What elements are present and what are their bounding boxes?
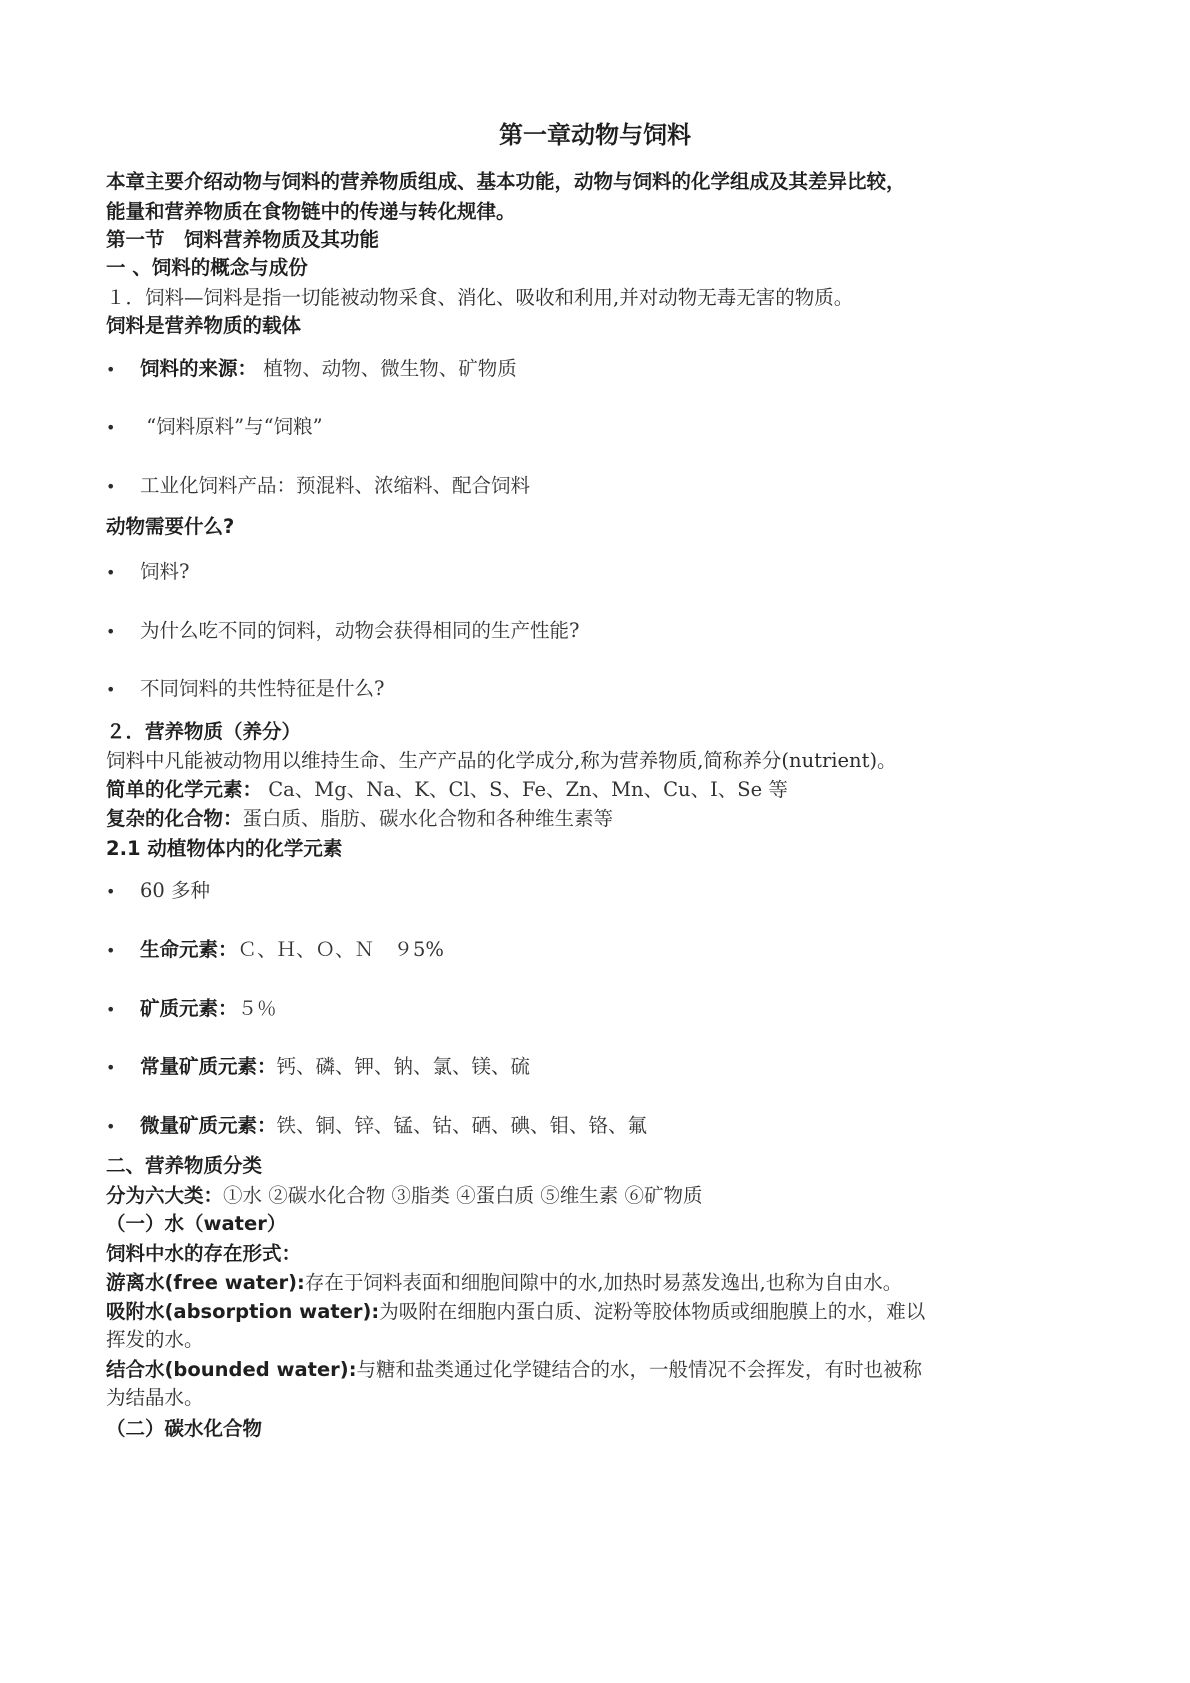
bullet-icon: • [106, 1115, 140, 1139]
bullet-text: “饲料原料”与“饲粮” [140, 415, 323, 438]
bullet-text: 铁、铜、锌、锰、钴、硒、碘、钼、铬、氟 [277, 1114, 648, 1137]
nutrients-heading: ２．营养物质（养分） [106, 720, 301, 744]
list-item: •微量矿质元素：铁、铜、锌、锰、钴、硒、碘、钼、铬、氟 [106, 1114, 647, 1139]
bullet-icon: • [106, 416, 140, 440]
six-categories-text: ①水 ②碳水化合物 ③脂类 ④蛋白质 ⑤维生素 ⑥矿物质 [223, 1184, 703, 1207]
bullet-icon: • [106, 880, 140, 904]
bullet-label: 微量矿质元素： [140, 1114, 277, 1137]
bullet-text: 60 多种 [140, 879, 210, 902]
intro-line-1: 本章主要介绍动物与饲料的营养物质组成、基本功能，动物与饲料的化学组成及其差异比较… [106, 170, 906, 194]
absorption-water-text: 为吸附在细胞内蛋白质、淀粉等胶体物质或细胞膜上的水，难以 [379, 1300, 925, 1323]
complex-compounds-label: 复杂的化合物： [106, 807, 243, 830]
chapter-title: 第一章动物与饲料 [0, 120, 1190, 150]
free-water-text: 存在于饲料表面和细胞间隙中的水,加热时易蒸发逸出,也称为自由水。 [305, 1271, 902, 1294]
six-categories-label: 分为六大类： [106, 1184, 223, 1207]
water-heading: （一）水（water） [106, 1212, 286, 1236]
intro-line-2: 能量和营养物质在食物链中的传递与转化规律。 [106, 200, 516, 224]
bullet-label: 矿质元素： [140, 997, 238, 1020]
list-item: •饲料的来源： 植物、动物、微生物、矿物质 [106, 357, 517, 382]
list-item: •矿质元素：５％ [106, 997, 277, 1022]
free-water-line: 游离水(free water):存在于饲料表面和细胞间隙中的水,加热时易蒸发逸出… [106, 1271, 902, 1295]
subsection-heading: 一 、饲料的概念与成份 [106, 256, 308, 280]
bullet-text: ５％ [238, 997, 277, 1020]
question-heading: 动物需要什么? [106, 515, 234, 539]
list-item: • “饲料原料”与“饲粮” [106, 415, 323, 440]
nutrients-definition: 饲料中凡能被动物用以维持生命、生产产品的化学成分,称为营养物质,简称养分(nut… [106, 749, 897, 773]
absorption-water-label: 吸附水(absorption water): [106, 1300, 379, 1323]
bullet-text: 饲料? [140, 560, 189, 583]
bound-water-line: 结合水(bounded water):与糖和盐类通过化学键结合的水，一般情况不会… [106, 1358, 922, 1382]
section-heading: 第一节 饲料营养物质及其功能 [106, 228, 379, 252]
bullet-label: 饲料的来源： [140, 357, 257, 380]
document-page: 第一章动物与饲料 本章主要介绍动物与饲料的营养物质组成、基本功能，动物与饲料的化… [0, 0, 1190, 1683]
list-item: •饲料? [106, 560, 189, 585]
absorption-water-line: 吸附水(absorption water):为吸附在细胞内蛋白质、淀粉等胶体物质… [106, 1300, 925, 1324]
list-item: •工业化饲料产品：预混料、浓缩料、配合饲料 [106, 474, 530, 499]
list-item: •60 多种 [106, 879, 210, 904]
bound-water-continuation: 为结晶水。 [106, 1386, 204, 1410]
bullet-label: 常量矿质元素： [140, 1055, 277, 1078]
water-forms-heading: 饲料中水的存在形式： [106, 1242, 301, 1266]
simple-elements-text: Ca、Mg、Na、K、Cl、S、Fe、Zn、Mn、Cu、I、Se 等 [262, 778, 788, 801]
feed-carrier-heading: 饲料是营养物质的载体 [106, 314, 301, 338]
free-water-label: 游离水(free water): [106, 1271, 305, 1294]
simple-elements-label: 简单的化学元素： [106, 778, 262, 801]
bullet-icon: • [106, 998, 140, 1022]
bullet-text: 工业化饲料产品：预混料、浓缩料、配合饲料 [140, 474, 530, 497]
complex-compounds-line: 复杂的化合物：蛋白质、脂肪、碳水化合物和各种维生素等 [106, 807, 613, 831]
list-item: •常量矿质元素：钙、磷、钾、钠、氯、镁、硫 [106, 1055, 530, 1080]
subsection-2-1-heading: 2.1 动植物体内的化学元素 [106, 837, 342, 861]
bound-water-label: 结合水(bounded water): [106, 1358, 357, 1381]
section-2-heading: 二、营养物质分类 [106, 1154, 262, 1178]
absorption-water-continuation: 挥发的水。 [106, 1328, 204, 1352]
bound-water-text: 与糖和盐类通过化学键结合的水，一般情况不会挥发，有时也被称 [357, 1358, 923, 1381]
list-item: •为什么吃不同的饲料，动物会获得相同的生产性能? [106, 619, 579, 644]
bullet-icon: • [106, 939, 140, 963]
list-item: •不同饲料的共性特征是什么? [106, 677, 384, 702]
bullet-icon: • [106, 475, 140, 499]
six-categories-line: 分为六大类：①水 ②碳水化合物 ③脂类 ④蛋白质 ⑤维生素 ⑥矿物质 [106, 1184, 703, 1208]
bullet-icon: • [106, 678, 140, 702]
complex-compounds-text: 蛋白质、脂肪、碳水化合物和各种维生素等 [243, 807, 614, 830]
bullet-text: 钙、磷、钾、钠、氯、镁、硫 [277, 1055, 531, 1078]
bullet-text: 为什么吃不同的饲料，动物会获得相同的生产性能? [140, 619, 579, 642]
bullet-text: Ｃ、Ｈ、Ｏ、Ｎ ９5% [238, 938, 444, 961]
bullet-icon: • [106, 1056, 140, 1080]
bullet-icon: • [106, 358, 140, 382]
carbohydrate-heading: （二）碳水化合物 [106, 1417, 262, 1441]
simple-elements-line: 简单的化学元素： Ca、Mg、Na、K、Cl、S、Fe、Zn、Mn、Cu、I、S… [106, 778, 788, 802]
bullet-text: 植物、动物、微生物、矿物质 [257, 357, 517, 380]
feed-definition: １．饲料—饲料是指一切能被动物采食、消化、吸收和利用,并对动物无毒无害的物质。 [106, 286, 853, 310]
bullet-icon: • [106, 620, 140, 644]
list-item: •生命元素：Ｃ、Ｈ、Ｏ、Ｎ ９5% [106, 938, 444, 963]
bullet-icon: • [106, 561, 140, 585]
bullet-label: 生命元素： [140, 938, 238, 961]
bullet-text: 不同饲料的共性特征是什么? [140, 677, 384, 700]
